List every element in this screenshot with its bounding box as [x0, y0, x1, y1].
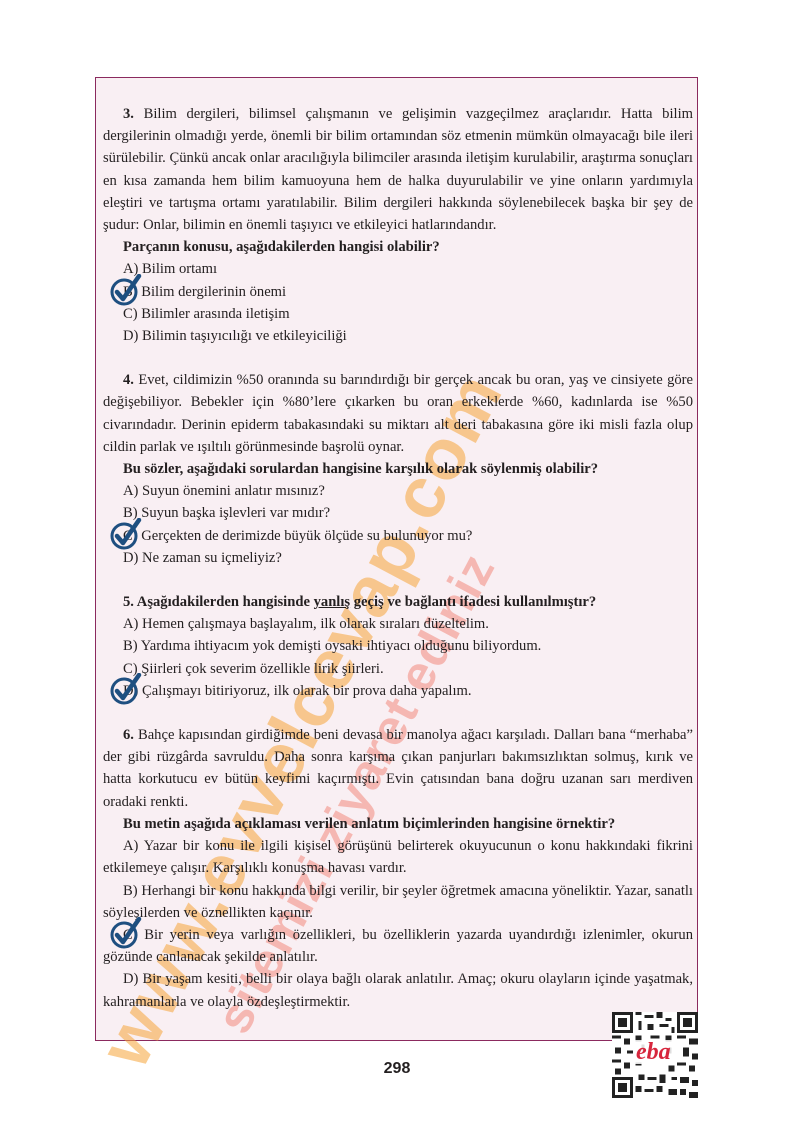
- option-label: D) Bir yaşam kesiti, belli bir olaya bağ…: [103, 971, 693, 1009]
- prompt-part: geçiş ve bağlantı ifadesi kullanılmıştır…: [350, 594, 596, 610]
- question-3-text: Bilim dergileri, bilimsel çalışmanın ve …: [103, 106, 693, 233]
- question-4: 4. Evet, cildimizin %50 oranında su barı…: [103, 369, 693, 569]
- question-3-option-b[interactable]: B) Bilim dergilerinin önemi: [123, 281, 693, 303]
- page-number: 298: [372, 1060, 422, 1078]
- option-label: B) Suyun başka işlevleri var mıdır?: [123, 505, 330, 521]
- option-label: D) Çalışmayı bitiriyoruz, ilk olarak bir…: [123, 683, 472, 699]
- question-4-option-b[interactable]: B) Suyun başka işlevleri var mıdır?: [123, 502, 693, 524]
- question-5-option-c[interactable]: C) Şiirleri çok severim özellikle lirik …: [123, 658, 693, 680]
- option-label: D) Ne zaman su içmeliyiz?: [123, 550, 282, 566]
- option-label: B) Herhangi bir konu hakkında bilgi veri…: [103, 883, 693, 921]
- question-5-number: 5.: [123, 594, 134, 610]
- question-3-option-a[interactable]: A) Bilim ortamı: [123, 258, 693, 280]
- eba-logo: eba: [634, 1040, 673, 1064]
- question-3-number: 3.: [123, 106, 134, 122]
- check-mark-icon: [109, 917, 143, 951]
- spacer: [103, 347, 693, 369]
- option-label: C) Şiirleri çok severim özellikle lirik …: [123, 661, 384, 677]
- question-3: 3. Bilim dergileri, bilimsel çalışmanın …: [103, 103, 693, 347]
- question-6-text: Bahçe kapısından girdiğimde beni devasa …: [103, 727, 693, 810]
- question-4-prompt: Bu sözler, aşağıdaki sorulardan hangisin…: [123, 458, 693, 480]
- option-label: C) Gerçekten de derimizde büyük ölçüde s…: [123, 528, 472, 544]
- option-label: A) Suyun önemini anlatır mısınız?: [123, 483, 325, 499]
- question-6-option-b[interactable]: B) Herhangi bir konu hakkında bilgi veri…: [103, 880, 693, 924]
- check-mark-icon: [109, 673, 143, 707]
- spacer: [103, 702, 693, 724]
- question-6-option-c[interactable]: C) Bir yerin veya varlığın özellikleri, …: [103, 924, 693, 968]
- eba-qr-code[interactable]: eba: [612, 1012, 698, 1098]
- question-5-prompt: 5. Aşağıdakilerden hangisinde yanlış geç…: [123, 591, 693, 613]
- option-label: D) Bilimin taşıyıcılığı ve etkileyiciliğ…: [123, 328, 347, 344]
- question-4-text: Evet, cildimizin %50 oranında su barındı…: [103, 372, 693, 455]
- question-6-option-a[interactable]: A) Yazar bir konu ile ilgili kişisel gör…: [103, 835, 693, 879]
- question-4-passage: 4. Evet, cildimizin %50 oranında su barı…: [103, 369, 693, 458]
- spacer: [103, 569, 693, 591]
- prompt-underlined-word: yanlış: [314, 594, 351, 610]
- question-3-option-c[interactable]: C) Bilimler arasında iletişim: [123, 303, 693, 325]
- question-3-passage: 3. Bilim dergileri, bilimsel çalışmanın …: [103, 103, 693, 236]
- question-6: 6. Bahçe kapısından girdiğimde beni deva…: [103, 724, 693, 1013]
- question-5-option-d[interactable]: D) Çalışmayı bitiriyoruz, ilk olarak bir…: [123, 680, 693, 702]
- question-4-option-c[interactable]: C) Gerçekten de derimizde büyük ölçüde s…: [123, 525, 693, 547]
- question-6-prompt: Bu metin aşağıda açıklaması verilen anla…: [123, 813, 693, 835]
- option-label: A) Hemen çalışmaya başlayalım, ilk olara…: [123, 616, 489, 632]
- question-5-option-b[interactable]: B) Yardıma ihtiyacım yok demişti oysaki …: [123, 635, 693, 657]
- prompt-part: Aşağıdakilerden hangisinde: [137, 594, 314, 610]
- option-label: C) Bilimler arasında iletişim: [123, 306, 290, 322]
- option-label: B) Yardıma ihtiyacım yok demişti oysaki …: [123, 638, 541, 654]
- question-4-number: 4.: [123, 372, 134, 388]
- option-label: C) Bir yerin veya varlığın özellikleri, …: [103, 927, 693, 965]
- question-5: 5. Aşağıdakilerden hangisinde yanlış geç…: [103, 591, 693, 702]
- question-3-option-d[interactable]: D) Bilimin taşıyıcılığı ve etkileyiciliğ…: [123, 325, 693, 347]
- question-5-option-a[interactable]: A) Hemen çalışmaya başlayalım, ilk olara…: [123, 613, 693, 635]
- option-label: B) Bilim dergilerinin önemi: [123, 284, 286, 300]
- question-content: 3. Bilim dergileri, bilimsel çalışmanın …: [103, 103, 693, 1013]
- option-label: A) Yazar bir konu ile ilgili kişisel gör…: [103, 838, 693, 876]
- question-4-option-a[interactable]: A) Suyun önemini anlatır mısınız?: [123, 480, 693, 502]
- question-6-passage: 6. Bahçe kapısından girdiğimde beni deva…: [103, 724, 693, 813]
- question-6-number: 6.: [123, 727, 134, 743]
- question-3-prompt: Parçanın konusu, aşağıdakilerden hangisi…: [123, 236, 693, 258]
- question-4-option-d[interactable]: D) Ne zaman su içmeliyiz?: [123, 547, 693, 569]
- question-6-option-d[interactable]: D) Bir yaşam kesiti, belli bir olaya bağ…: [103, 968, 693, 1012]
